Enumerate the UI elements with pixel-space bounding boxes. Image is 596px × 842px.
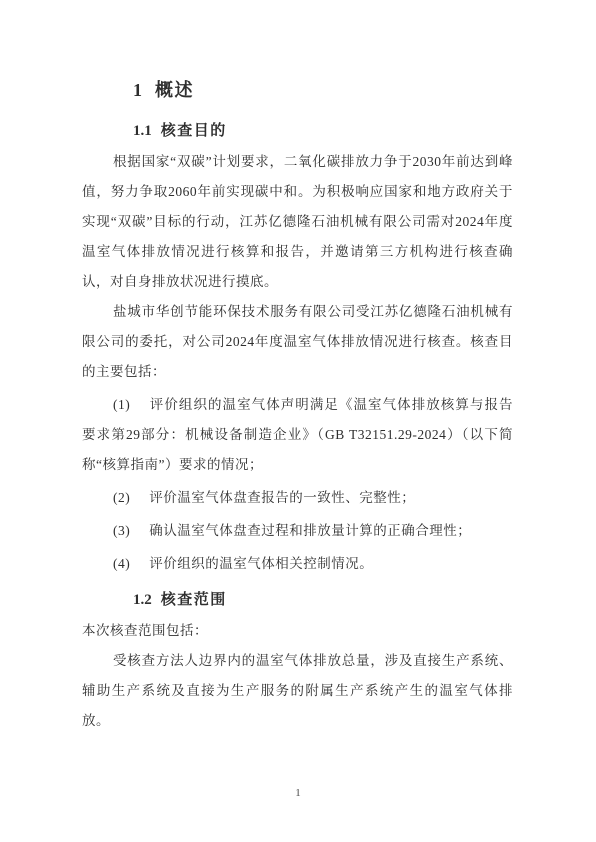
- list-item-3-number: (3): [113, 523, 130, 538]
- list-item-4-text: 评价组织的温室气体相关控制情况。: [149, 556, 373, 571]
- section-1-2-number: 1.2: [133, 592, 152, 608]
- page-footer: 1: [0, 783, 596, 801]
- purpose-list-item-3: (3)确认温室气体盘查过程和排放量计算的正确合理性；: [82, 516, 513, 546]
- purpose-paragraph-1: 根据国家“双碳”计划要求，二氧化碳排放力争于2030年前达到峰值，努力争取206…: [82, 147, 513, 297]
- list-item-4-number: (4): [113, 556, 130, 571]
- list-item-3-text: 确认温室气体盘查过程和排放量计算的正确合理性；: [149, 523, 471, 538]
- list-item-1-text: 评价组织的温室气体声明满足《温室气体排放核算与报告要求第29部分：机械设备制造企…: [82, 397, 513, 472]
- purpose-list-item-4: (4)评价组织的温室气体相关控制情况。: [82, 549, 513, 579]
- chapter-title: 概述: [155, 80, 194, 100]
- section-1-1-number: 1.1: [133, 123, 152, 139]
- document-page: 1概述 1.1核查目的 根据国家“双碳”计划要求，二氧化碳排放力争于2030年前…: [0, 0, 596, 842]
- purpose-paragraph-2: 盐城市华创节能环保技术服务有限公司受江苏亿德隆石油机械有限公司的委托，对公司20…: [82, 297, 513, 387]
- list-item-2-text: 评价温室气体盘查报告的一致性、完整性；: [149, 490, 415, 505]
- section-1-1-heading: 1.1核查目的: [133, 122, 513, 141]
- scope-intro: 本次核查范围包括：: [82, 616, 513, 646]
- list-item-1-number: (1): [113, 397, 130, 412]
- list-item-2-number: (2): [113, 490, 130, 505]
- purpose-list-item-1: (1)评价组织的温室气体声明满足《温室气体排放核算与报告要求第29部分：机械设备…: [82, 390, 513, 480]
- section-1-2-title: 核查范围: [161, 592, 227, 608]
- chapter-number: 1: [133, 80, 142, 100]
- page-number: 1: [295, 787, 301, 799]
- purpose-list-item-2: (2)评价温室气体盘查报告的一致性、完整性；: [82, 483, 513, 513]
- chapter-heading: 1概述: [133, 80, 513, 100]
- scope-paragraph-1: 受核查方法人边界内的温室气体排放总量，涉及直接生产系统、辅助生产系统及直接为生产…: [82, 646, 513, 736]
- section-1-1-title: 核查目的: [161, 123, 227, 139]
- section-1-2-heading: 1.2核查范围: [133, 591, 513, 610]
